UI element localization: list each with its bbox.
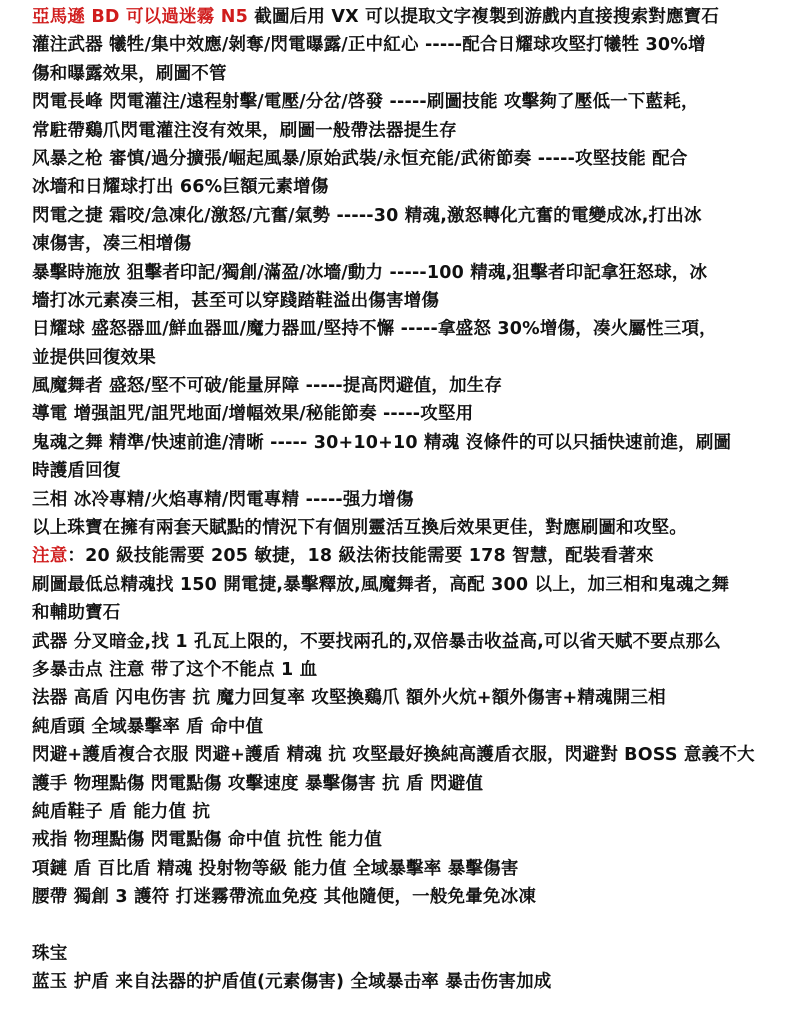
- highlighted-text: 注意: [32, 546, 67, 566]
- text-line: 常駐帶鷄爪閃電灌注沒有效果，刷圖一般帶法器提生存: [32, 117, 792, 145]
- line-text: 純盾頭 全域暴擊率 盾 命中值: [32, 717, 263, 737]
- text-line: 三相 冰冷專精/火焰專精/閃電專精 -----强力增傷: [32, 486, 792, 514]
- text-line: 珠宝: [32, 940, 792, 968]
- text-line: 風魔舞者 盛怒/堅不可破/能量屏障 -----提高閃避值，加生存: [32, 372, 792, 400]
- text-line: 凍傷害，凑三相增傷: [32, 230, 792, 258]
- text-line: 和輔助寶石: [32, 599, 792, 627]
- text-line: 護手 物理點傷 閃電點傷 攻擊速度 暴擊傷害 抗 盾 閃避值: [32, 770, 792, 798]
- line-text: 截圖后用 VX 可以提取文字複製到游戲内直接搜索對應寶石: [248, 7, 719, 27]
- text-line: 腰帶 獨創 3 護符 打迷霧帶流血免疫 其他隨便，一般免暈免冰凍: [32, 883, 792, 911]
- line-text: 暴擊時施放 狙擊者印記/獨創/滿盈/冰墻/動力 -----100 精魂,狙擊者印…: [32, 263, 707, 283]
- text-line: 冰墻和日耀球打出 66%巨額元素增傷: [32, 173, 792, 201]
- text-line: 以上珠寶在擁有兩套天賦點的情況下有個別靈活互換后效果更佳，對應刷圖和攻堅。: [32, 514, 792, 542]
- text-line: 並提供回復效果: [32, 344, 792, 372]
- text-line: 導電 增强詛咒/詛咒地面/增幅效果/秘能節奏 -----攻堅用: [32, 400, 792, 428]
- text-line: 灌注武器 犧牲/集中效應/剝奪/閃電曝露/正中紅心 -----配合日耀球攻堅打犧…: [32, 31, 792, 59]
- text-line: 刷圖最低总精魂找 150 開電捷,暴擊釋放,風魔舞者，高配 300 以上，加三相…: [32, 571, 792, 599]
- blank-line: [32, 912, 792, 940]
- text-line: 純盾鞋子 盾 能力值 抗: [32, 798, 792, 826]
- line-text: 腰帶 獨創 3 護符 打迷霧帶流血免疫 其他隨便，一般免暈免冰凍: [32, 887, 536, 907]
- text-line: 多暴击点 注意 带了这个不能点 1 血: [32, 656, 792, 684]
- text-line: 閃避+護盾複合衣服 閃避+護盾 精魂 抗 攻堅最好換純高護盾衣服，閃避對 BOS…: [32, 741, 792, 769]
- line-text: 戒指 物理點傷 閃電點傷 命中值 抗性 能力值: [32, 830, 382, 850]
- text-line: 戒指 物理點傷 閃電點傷 命中值 抗性 能力值: [32, 826, 792, 854]
- line-text: 珠宝: [32, 944, 67, 964]
- line-text: 閃電長峰 閃電灌注/遠程射擊/電壓/分岔/啓發 -----刷圖技能 攻擊夠了壓低…: [32, 92, 699, 112]
- line-text: 時護盾回復: [32, 461, 121, 481]
- line-text: 法器 高盾 闪电伤害 抗 魔力回复率 攻堅換鷄爪 額外火炕+額外傷害+精魂開三相: [32, 688, 666, 708]
- line-text: 並提供回復效果: [32, 348, 156, 368]
- line-text: 純盾鞋子 盾 能力值 抗: [32, 802, 210, 822]
- line-text: 冰墻和日耀球打出 66%巨額元素增傷: [32, 177, 329, 197]
- document-body: 亞馬遜 BD 可以過迷霧 N5 截圖后用 VX 可以提取文字複製到游戲内直接搜索…: [32, 3, 792, 997]
- text-line: 鬼魂之舞 精準/快速前進/清晰 ----- 30+10+10 精魂 沒條件的可以…: [32, 429, 792, 457]
- text-line: 亞馬遜 BD 可以過迷霧 N5 截圖后用 VX 可以提取文字複製到游戲内直接搜索…: [32, 3, 792, 31]
- text-line: 风暴之枪 審慎/過分擴張/崛起風暴/原始武裝/永恒充能/武術節奏 -----攻堅…: [32, 145, 792, 173]
- line-text: 三相 冰冷專精/火焰專精/閃電專精 -----强力增傷: [32, 490, 414, 510]
- line-text: 導電 增强詛咒/詛咒地面/增幅效果/秘能節奏 -----攻堅用: [32, 404, 473, 424]
- line-text: 護手 物理點傷 閃電點傷 攻擊速度 暴擊傷害 抗 盾 閃避值: [32, 774, 483, 794]
- line-text: 风暴之枪 審慎/過分擴張/崛起風暴/原始武裝/永恒充能/武術節奏 -----攻堅…: [32, 149, 688, 169]
- line-text: 傷和曝露效果，刷圖不管: [32, 64, 227, 84]
- text-line: 閃電長峰 閃電灌注/遠程射擊/電壓/分岔/啓發 -----刷圖技能 攻擊夠了壓低…: [32, 88, 792, 116]
- text-line: 閃電之捷 霜咬/急凍化/激怒/亢奮/氣勢 -----30 精魂,激怒轉化亢奮的電…: [32, 202, 792, 230]
- line-text: 墻打冰元素凑三相，甚至可以穿踐踏鞋溢出傷害增傷: [32, 291, 439, 311]
- line-text: 閃電之捷 霜咬/急凍化/激怒/亢奮/氣勢 -----30 精魂,激怒轉化亢奮的電…: [32, 206, 702, 226]
- line-text: 常駐帶鷄爪閃電灌注沒有效果，刷圖一般帶法器提生存: [32, 121, 457, 141]
- line-text: ：20 級技能需要 205 敏捷，18 級法術技能需要 178 智慧，配裝看著來: [67, 546, 653, 566]
- text-line: 傷和曝露效果，刷圖不管: [32, 60, 792, 88]
- line-text: 多暴击点 注意 带了这个不能点 1 血: [32, 660, 317, 680]
- text-line: 暴擊時施放 狙擊者印記/獨創/滿盈/冰墻/動力 -----100 精魂,狙擊者印…: [32, 259, 792, 287]
- text-line: 純盾頭 全域暴擊率 盾 命中值: [32, 713, 792, 741]
- line-text: 灌注武器 犧牲/集中效應/剝奪/閃電曝露/正中紅心 -----配合日耀球攻堅打犧…: [32, 35, 706, 55]
- line-text: 和輔助寶石: [32, 603, 121, 623]
- line-text: 日耀球 盛怒器皿/鮮血器皿/魔力器皿/堅持不懈 -----拿盛怒 30%增傷，凑…: [32, 319, 717, 339]
- line-text: 凍傷害，凑三相增傷: [32, 234, 191, 254]
- text-line: 法器 高盾 闪电伤害 抗 魔力回复率 攻堅換鷄爪 額外火炕+額外傷害+精魂開三相: [32, 684, 792, 712]
- text-line: 項鏈 盾 百比盾 精魂 投射物等級 能力值 全域暴擊率 暴擊傷害: [32, 855, 792, 883]
- line-text: 風魔舞者 盛怒/堅不可破/能量屏障 -----提高閃避值，加生存: [32, 376, 502, 396]
- line-text: 以上珠寶在擁有兩套天賦點的情況下有個別靈活互換后效果更佳，對應刷圖和攻堅。: [32, 518, 687, 538]
- highlighted-text: 亞馬遜 BD 可以過迷霧 N5: [32, 7, 248, 27]
- line-text: 鬼魂之舞 精準/快速前進/清晰 ----- 30+10+10 精魂 沒條件的可以…: [32, 433, 731, 453]
- line-text: 武器 分叉暗金,找 1 孔瓦上限的，不要找兩孔的,双倍暴击收益高,可以省天赋不要…: [32, 632, 721, 652]
- line-text: 蓝玉 护盾 来自法器的护盾值(元素傷害) 全域暴击率 暴击伤害加成: [32, 972, 551, 992]
- line-text: 項鏈 盾 百比盾 精魂 投射物等級 能力值 全域暴擊率 暴擊傷害: [32, 859, 519, 879]
- text-line: 武器 分叉暗金,找 1 孔瓦上限的，不要找兩孔的,双倍暴击收益高,可以省天赋不要…: [32, 628, 792, 656]
- line-text: 刷圖最低总精魂找 150 開電捷,暴擊釋放,風魔舞者，高配 300 以上，加三相…: [32, 575, 729, 595]
- text-line: 日耀球 盛怒器皿/鮮血器皿/魔力器皿/堅持不懈 -----拿盛怒 30%增傷，凑…: [32, 315, 792, 343]
- text-line: 墻打冰元素凑三相，甚至可以穿踐踏鞋溢出傷害增傷: [32, 287, 792, 315]
- text-line: 時護盾回復: [32, 457, 792, 485]
- text-line: 注意：20 級技能需要 205 敏捷，18 級法術技能需要 178 智慧，配裝看…: [32, 542, 792, 570]
- line-text: 閃避+護盾複合衣服 閃避+護盾 精魂 抗 攻堅最好換純高護盾衣服，閃避對 BOS…: [32, 745, 755, 765]
- text-line: 蓝玉 护盾 来自法器的护盾值(元素傷害) 全域暴击率 暴击伤害加成: [32, 968, 792, 996]
